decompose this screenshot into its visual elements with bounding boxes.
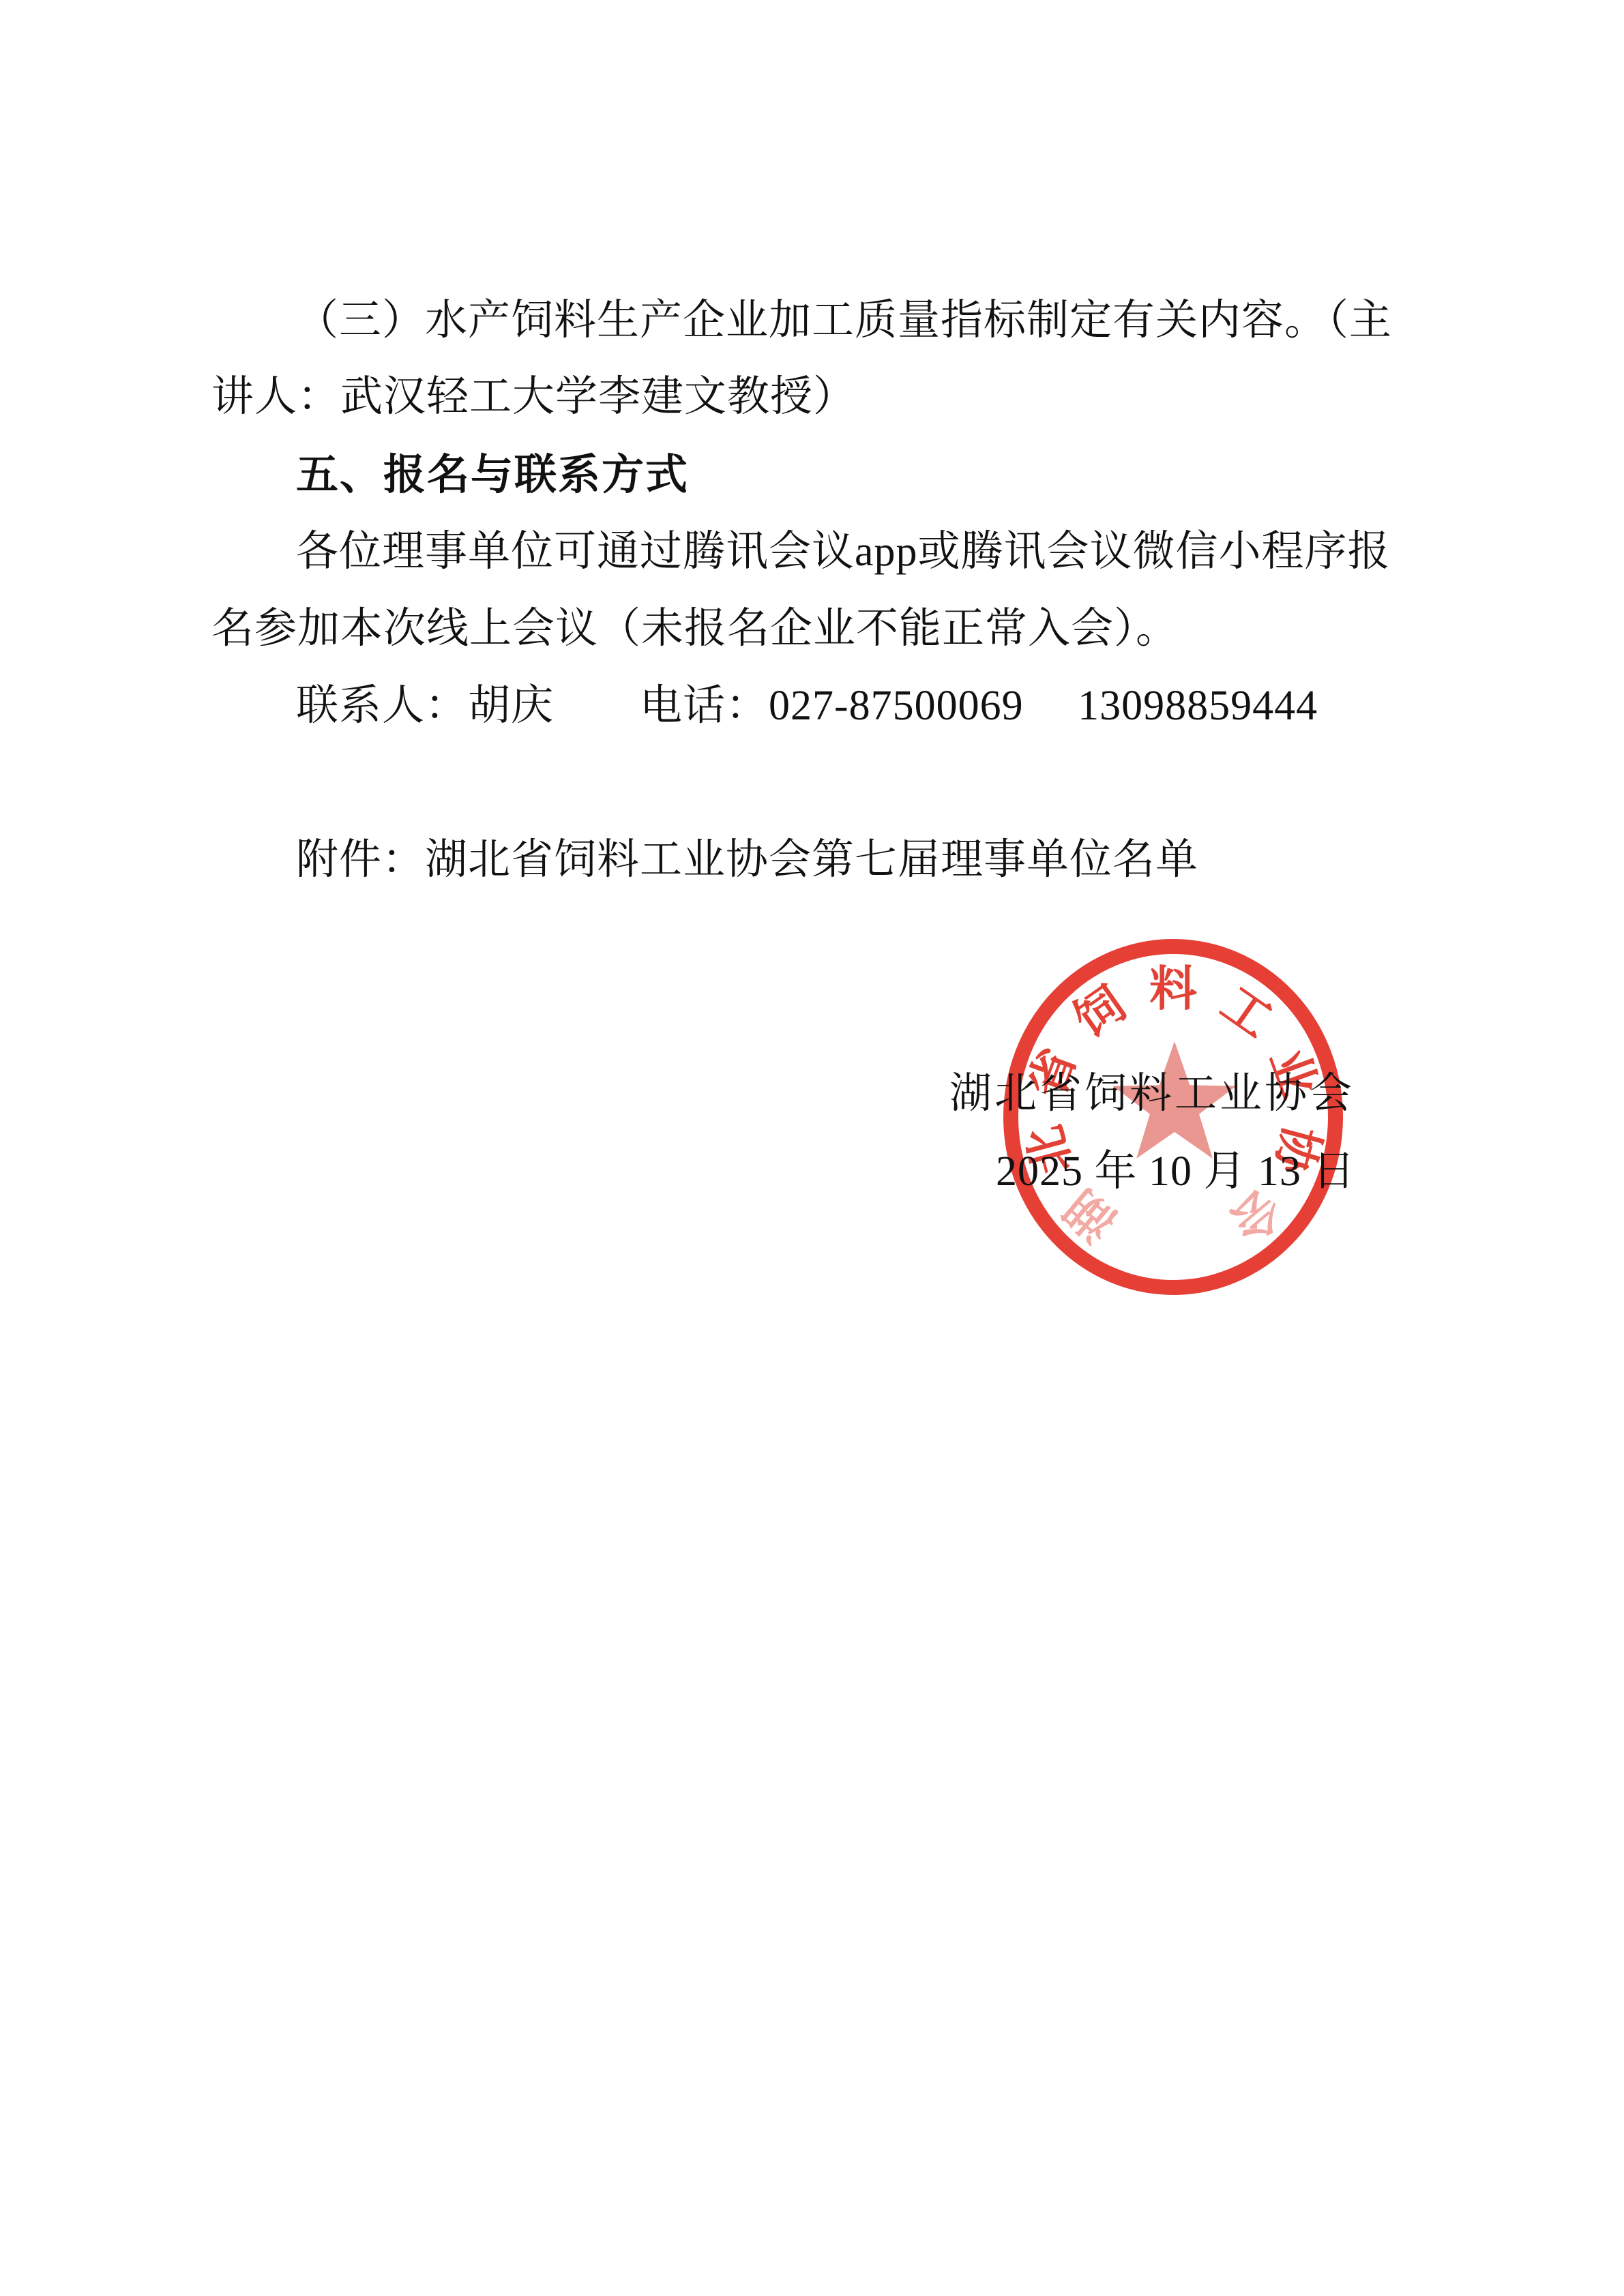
- body-line-5: 名参加本次线上会议（未报名企业不能正常入会）。: [211, 591, 1422, 668]
- body-line-1: （三）水产饲料生产企业加工质量指标制定有关内容。（主: [211, 282, 1507, 359]
- body-line-2: 讲人：武汉轻工大学李建文教授）: [211, 359, 1422, 436]
- contact-line: 联系人：胡庆 电话：027-87500069 13098859444: [211, 668, 1507, 745]
- section-heading: 五、报名与联系方式: [211, 436, 1507, 513]
- svg-text:料: 料: [1149, 962, 1197, 1015]
- signature-date: 2025 年 10 月 13 日: [996, 1133, 1356, 1210]
- document-page: 湖北省饲料工业协会 （三）水产饲料生产企业加工质量指标制定有关内容。（主 讲人：…: [0, 0, 1624, 2296]
- body-line-4: 各位理事单位可通过腾讯会议app或腾讯会议微信小程序报: [211, 513, 1507, 591]
- signature-org: 湖北省饲料工业协会: [949, 1056, 1355, 1133]
- attachment-line: 附件：湖北省饲料工业协会第七届理事单位名单: [211, 822, 1507, 899]
